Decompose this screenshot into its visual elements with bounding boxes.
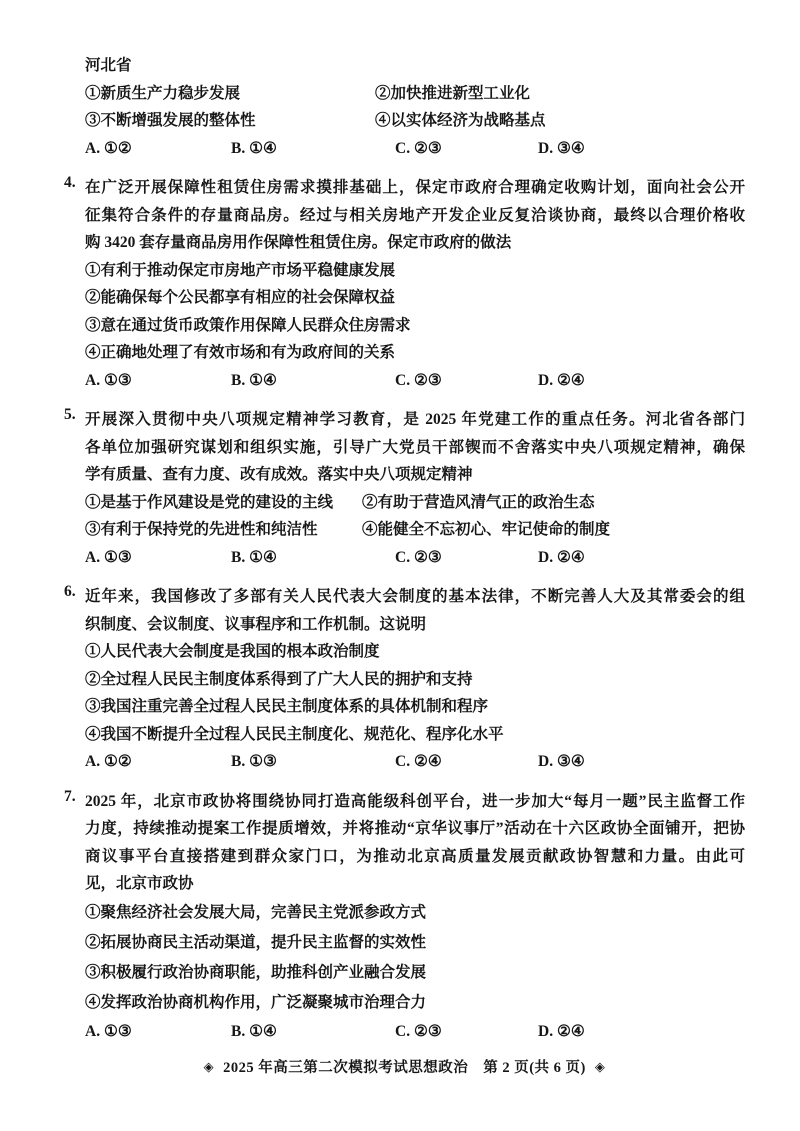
stem-line: 近年来，我国修改了多部有关人民代表大会制度的基本法律，不断完善人大及其常委会的组 [64, 583, 745, 611]
answer-option-c: C. ②③ [395, 135, 538, 163]
stem-line: 各单位加强研究谋划和组织实施，引导广大党员干部锲而不舍落实中央八项规定精神，确保 [64, 434, 745, 462]
question-3-answer-row: A. ①② B. ①④ C. ②③ D. ③④ [64, 135, 745, 163]
option-item: ③有利于保持党的先进性和纯洁性 [85, 516, 362, 544]
question-number: 6. [64, 583, 76, 601]
option-item: ④正确地处理了有效市场和有为政府间的关系 [64, 339, 745, 367]
question-number: 5. [64, 406, 76, 424]
option-item: ①人民代表大会制度是我国的根本政治制度 [64, 638, 745, 666]
question-5: 5. 开展深入贯彻中央八项规定精神学习教育，是 2025 年党建工作的重点任务。… [64, 406, 745, 571]
stem-line: 学有质量、查有力度、改有成效。落实中央八项规定精神 [64, 461, 745, 489]
option-item: ④能健全不忘初心、牢记使命的制度 [362, 516, 745, 544]
answer-option-a: A. ①② [85, 135, 231, 163]
option-item: ②全过程人民民主制度体系得到了广大人民的拥护和支持 [64, 666, 745, 694]
answer-option-a: A. ①③ [85, 544, 231, 572]
answer-option-d: D. ②④ [538, 1018, 745, 1046]
option-item: ②加快推进新型工业化 [375, 80, 745, 108]
answer-option-a: A. ①③ [85, 367, 231, 395]
question-3-tail: 河北省 ①新质生产力稳步发展 ②加快推进新型工业化 ③不断增强发展的整体性 ④以… [64, 52, 745, 162]
question-6-stem: 6. 近年来，我国修改了多部有关人民代表大会制度的基本法律，不断完善人大及其常委… [64, 583, 745, 638]
answer-option-b: B. ①④ [231, 135, 395, 163]
answer-option-c: C. ②④ [395, 748, 538, 776]
stem-line: 见，北京市政协 [64, 870, 745, 898]
question-5-option-row: ①是基于作风建设是党的建设的主线 ②有助于营造风清气正的政治生态 [64, 489, 745, 517]
answer-option-d: D. ②④ [538, 367, 745, 395]
option-item: ①是基于作风建设是党的建设的主线 [85, 489, 362, 517]
answer-option-b: B. ①③ [231, 748, 395, 776]
stem-line: 开展深入贯彻中央八项规定精神学习教育，是 2025 年党建工作的重点任务。河北省… [64, 406, 745, 434]
stem-line: 织制度、会议制度、议事程序和工作机制。这说明 [64, 611, 745, 639]
option-item: ③不断增强发展的整体性 [85, 107, 375, 135]
option-item: ①有利于推动保定市房地产市场平稳健康发展 [64, 257, 745, 285]
question-number: 4. [64, 174, 76, 192]
question-3-option-row: ③不断增强发展的整体性 ④以实体经济为战略基点 [64, 107, 745, 135]
exam-paper-page: 河北省 ①新质生产力稳步发展 ②加快推进新型工业化 ③不断增强发展的整体性 ④以… [0, 0, 800, 1131]
question-7: 7. 2025 年，北京市政协将围绕协同打造高能级科创平台，进一步加大“每月一题… [64, 788, 745, 1046]
option-item: ②有助于营造风清气正的政治生态 [362, 489, 745, 517]
stem-line: 力度，持续推动提案工作提质增效，并将推动“京华议事厅”活动在十六区政协全面铺开，… [64, 815, 745, 843]
stem-line: 2025 年，北京市政协将围绕协同打造高能级科创平台，进一步加大“每月一题”民主… [64, 788, 745, 816]
question-5-option-row: ③有利于保持党的先进性和纯洁性 ④能健全不忘初心、牢记使命的制度 [64, 516, 745, 544]
option-item: ①聚焦经济社会发展大局，完善民主党派参政方式 [64, 898, 745, 928]
answer-option-b: B. ①④ [231, 1018, 395, 1046]
option-item: ②拓展协商民主活动渠道，提升民主监督的实效性 [64, 928, 745, 958]
diamond-icon: ◈ [204, 1056, 215, 1078]
option-item: ④我国不断提升全过程人民民主制度化、规范化、程序化水平 [64, 721, 745, 749]
question-4: 4. 在广泛开展保障性租赁住房需求摸排基础上，保定市政府合理确定收购计划，面向社… [64, 174, 745, 394]
question-4-stem: 4. 在广泛开展保障性租赁住房需求摸排基础上，保定市政府合理确定收购计划，面向社… [64, 174, 745, 257]
question-7-stem: 7. 2025 年，北京市政协将围绕协同打造高能级科创平台，进一步加大“每月一题… [64, 788, 745, 898]
answer-option-c: C. ②③ [395, 367, 538, 395]
option-item: ③意在通过货币政策作用保障人民群众住房需求 [64, 312, 745, 340]
stem-line: 购 3420 套存量商品房用作保障性租赁住房。保定市政府的做法 [64, 229, 745, 257]
footer-text: 2025 年高三第二次模拟考试思想政治 第 2 页(共 6 页) [223, 1060, 586, 1076]
option-item: ④以实体经济为战略基点 [375, 107, 745, 135]
answer-option-a: A. ①③ [85, 1018, 231, 1046]
question-3-option-row: ①新质生产力稳步发展 ②加快推进新型工业化 [64, 80, 745, 108]
question-6-answer-row: A. ①② B. ①③ C. ②④ D. ③④ [64, 748, 745, 776]
question-5-stem: 5. 开展深入贯彻中央八项规定精神学习教育，是 2025 年党建工作的重点任务。… [64, 406, 745, 489]
answer-option-a: A. ①② [85, 748, 231, 776]
answer-option-b: B. ①④ [231, 367, 395, 395]
stem-line: 征集符合条件的存量商品房。经过与相关房地产开发企业反复洽谈协商，最终以合理价格收 [64, 202, 745, 230]
page-footer: ◈2025 年高三第二次模拟考试思想政治 第 2 页(共 6 页)◈ [64, 1057, 745, 1079]
option-item: ③我国注重完善全过程人民民主制度体系的具体机制和程序 [64, 693, 745, 721]
option-item: ③积极履行政治协商职能，助推科创产业融合发展 [64, 958, 745, 988]
answer-option-d: D. ③④ [538, 748, 745, 776]
question-7-options: ①聚焦经济社会发展大局，完善民主党派参政方式 ②拓展协商民主活动渠道，提升民主监… [64, 898, 745, 1018]
question-6: 6. 近年来，我国修改了多部有关人民代表大会制度的基本法律，不断完善人大及其常委… [64, 583, 745, 776]
question-7-answer-row: A. ①③ B. ①④ C. ②③ D. ②④ [64, 1018, 745, 1046]
answer-option-c: C. ②③ [395, 1018, 538, 1046]
question-5-answer-row: A. ①③ B. ①④ C. ②③ D. ②④ [64, 544, 745, 572]
option-item: ②能确保每个公民都享有相应的社会保障权益 [64, 284, 745, 312]
question-4-answer-row: A. ①③ B. ①④ C. ②③ D. ②④ [64, 367, 745, 395]
answer-option-d: D. ②④ [538, 544, 745, 572]
answer-option-c: C. ②③ [395, 544, 538, 572]
answer-option-b: B. ①④ [231, 544, 395, 572]
stem-line: 商议事平台直接搭建到群众家门口，为推动北京高质量发展贡献政协智慧和力量。由此可 [64, 843, 745, 871]
question-number: 7. [64, 788, 76, 806]
stem-line: 在广泛开展保障性租赁住房需求摸排基础上，保定市政府合理确定收购计划，面向社会公开 [64, 174, 745, 202]
answer-option-d: D. ③④ [538, 135, 745, 163]
question-3-stem-line: 河北省 [64, 52, 745, 80]
option-item: ①新质生产力稳步发展 [85, 80, 375, 108]
option-item: ④发挥政治协商机构作用，广泛凝聚城市治理合力 [64, 988, 745, 1018]
diamond-icon: ◈ [595, 1056, 606, 1078]
